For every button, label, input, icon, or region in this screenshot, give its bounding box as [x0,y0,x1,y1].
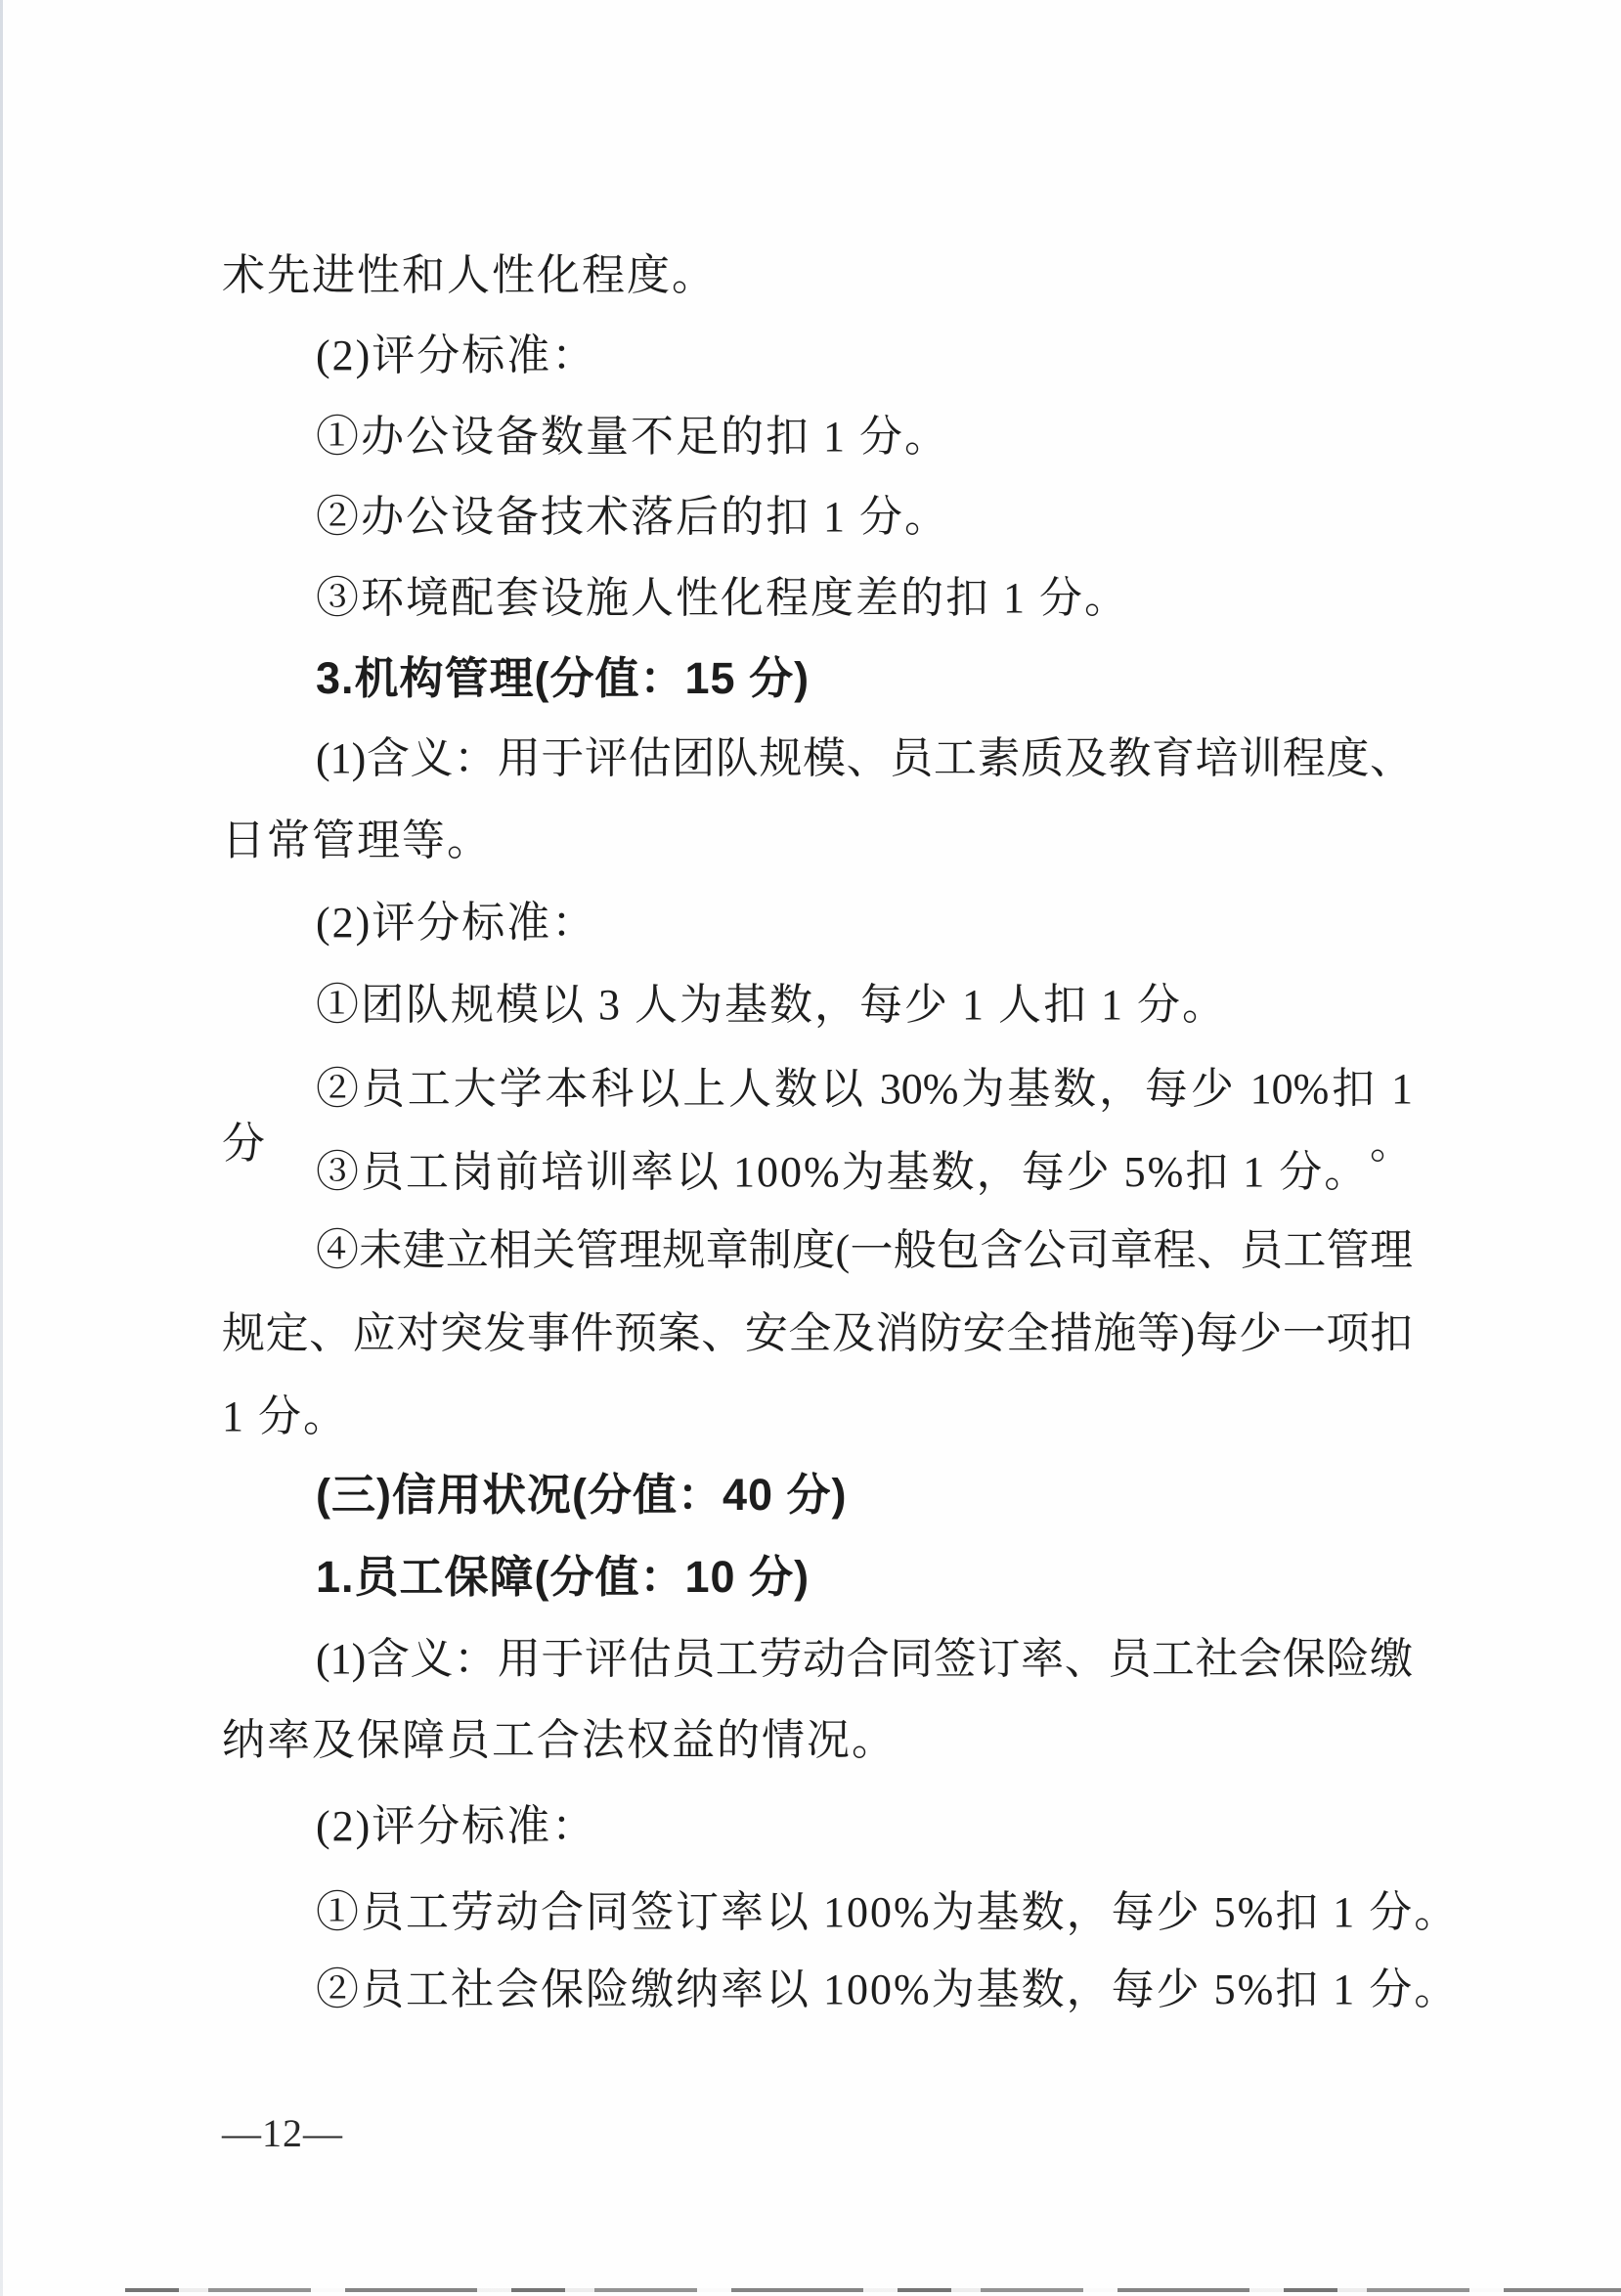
text-line: 日常管理等。 [222,814,1413,868]
text-line: ②员工社会保险缴纳率以 100%为基数，每少 5%扣 1 分。 [222,1963,1413,2017]
text-line: 纳率及保障员工合法权益的情况。 [222,1713,1413,1768]
text-line: 术先进性和人性化程度。 [222,248,1413,303]
text-line: ③员工岗前培训率以 100%为基数，每少 5%扣 1 分。 [222,1145,1413,1200]
text-line: (2)评分标准： [222,329,1413,383]
section-heading: 1.员工保障(分值：10 分) [222,1550,1413,1605]
scan-edge-artifact [125,2288,1621,2292]
text-line: ②办公设备技术落后的扣 1 分。 [222,490,1413,545]
text-line: ①员工劳动合同签订率以 100%为基数，每少 5%扣 1 分。 [222,1885,1413,1940]
text-line: 1 分。 [222,1390,1413,1444]
text-line: ①团队规模以 3 人为基数，每少 1 人扣 1 分。 [222,978,1413,1033]
document-page: 术先进性和人性化程度。 (2)评分标准： ①办公设备数量不足的扣 1 分。 ②办… [0,0,1621,2296]
scan-edge-artifact [0,0,3,2296]
page-number: —12— [222,2110,343,2157]
text-line: ②员工大学本科以上人数以 30%为基数，每少 10%扣 1 分。 [222,1062,1413,1117]
text-line: ④未建立相关管理规章制度(一般包含公司章程、员工管理 [222,1223,1413,1278]
text-line: ①办公设备数量不足的扣 1 分。 [222,410,1413,464]
text-line: 规定、应对突发事件预案、安全及消防安全措施等)每少一项扣 [222,1306,1413,1361]
text-line: (1)含义：用于评估团队规模、员工素质及教育培训程度、 [222,731,1413,786]
text-line: (1)含义：用于评估员工劳动合同签订率、员工社会保险缴 [222,1632,1413,1687]
section-heading: (三)信用状况(分值：40 分) [222,1468,1413,1523]
text-line: ③环境配套设施人性化程度差的扣 1 分。 [222,571,1413,626]
section-heading: 3.机构管理(分值：15 分) [222,651,1413,706]
text-line: (2)评分标准： [222,896,1413,950]
text-line: (2)评分标准： [222,1799,1413,1854]
